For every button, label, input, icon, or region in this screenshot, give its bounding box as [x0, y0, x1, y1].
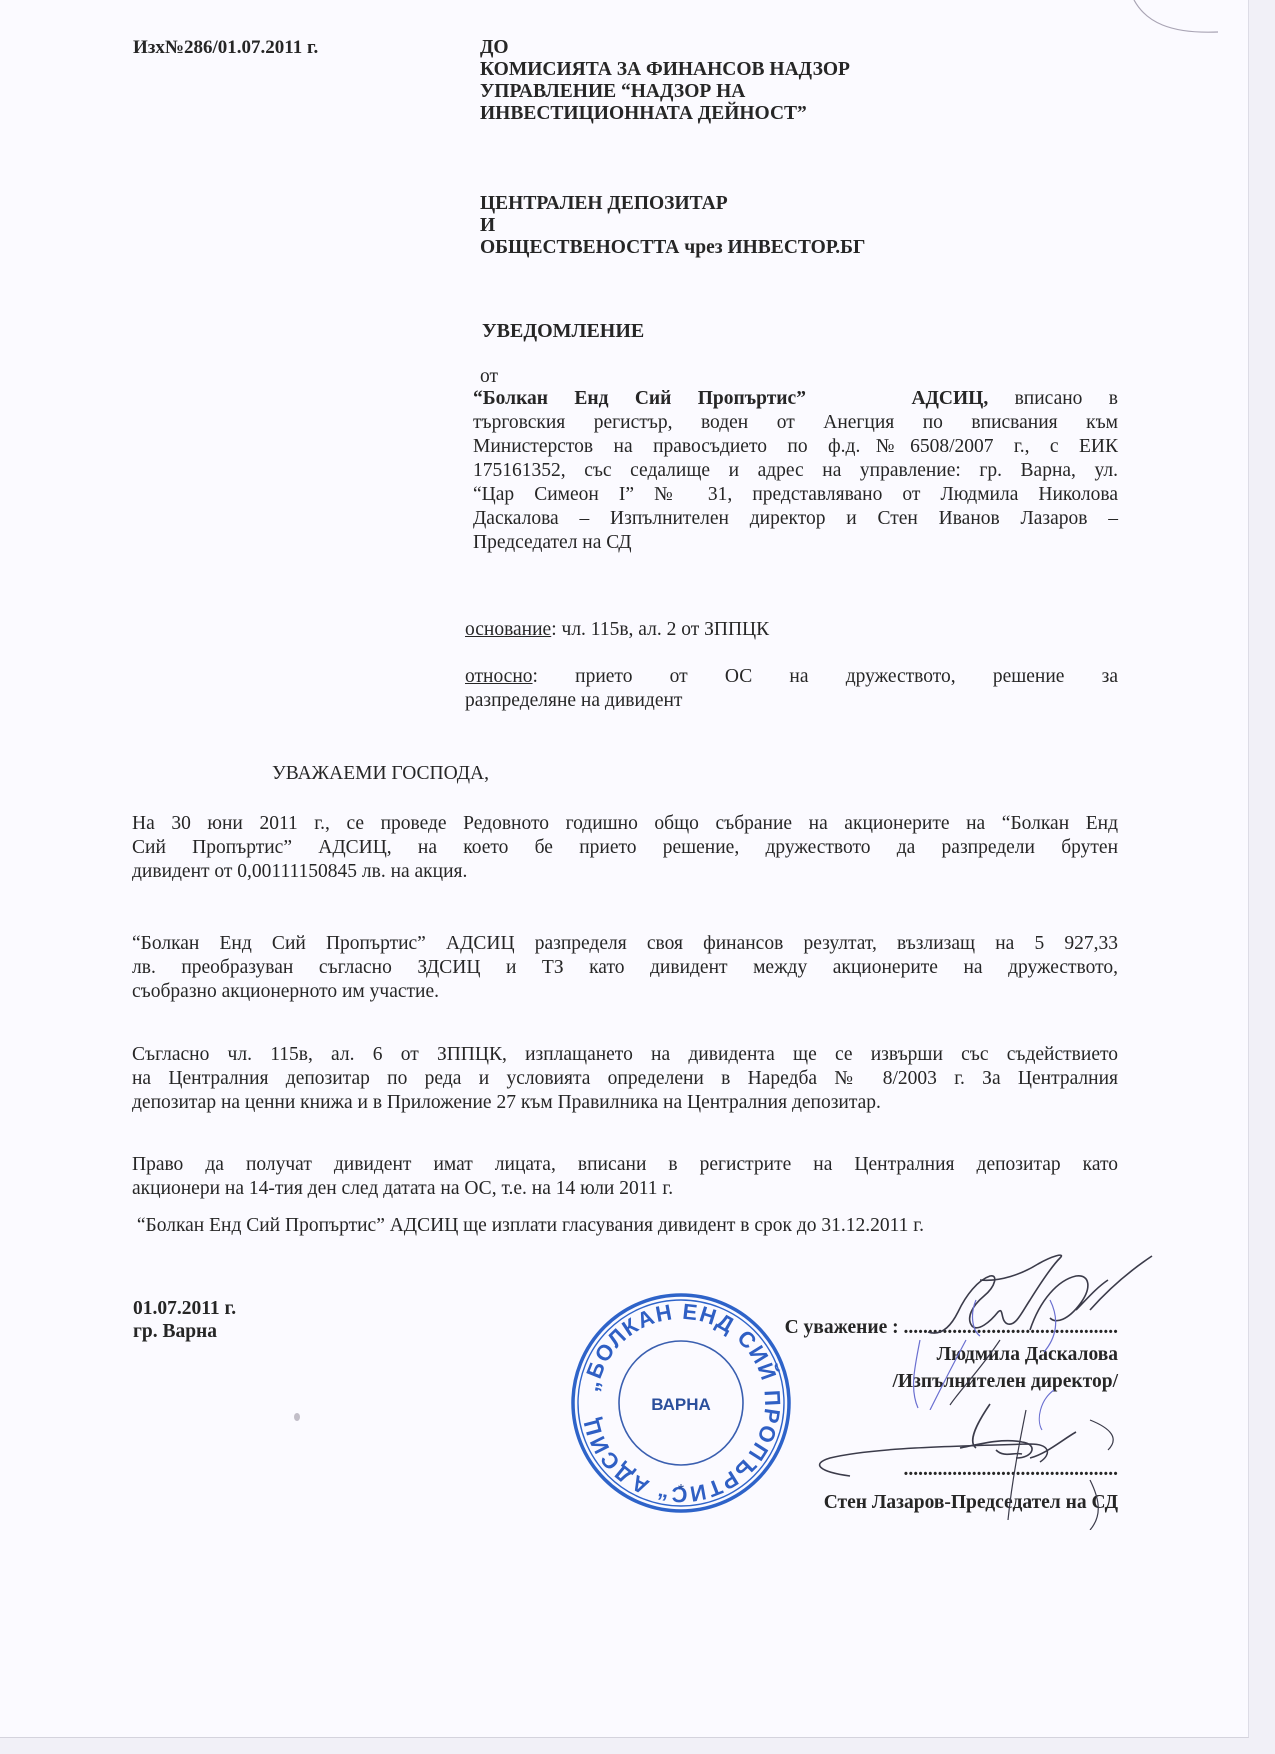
basis: основание: чл. 115в, ал. 2 от ЗППЦК: [465, 618, 769, 642]
recipient-block: ДО КОМИСИЯТА ЗА ФИНАНСОВ НАДЗОР УПРАВЛЕН…: [480, 37, 850, 125]
salutation: УВАЖАЕМИ ГОСПОДА,: [272, 762, 489, 786]
recipient-public: ОБЩЕСТВЕНОСТТА: [480, 237, 679, 258]
paragraph-line: на Централния депозитар по реда и услови…: [132, 1067, 1118, 1091]
notice-from-label: от: [480, 365, 498, 389]
issuer-line: търговския регистър, воден от Анегция по…: [473, 411, 1118, 435]
notice-title: УВЕДОМЛЕНИЕ: [482, 320, 644, 342]
paragraph-2: “Болкан Енд Сий Пропъртис” АДСИЦ разпред…: [132, 932, 1118, 1004]
paragraph-line: “Болкан Енд Сий Пропъртис” АДСИЦ разпред…: [132, 932, 1118, 956]
recipient-line: УПРАВЛЕНИЕ “НАДЗОР НА: [480, 81, 850, 103]
paragraph-5: “Болкан Енд Сий Пропъртис” АДСИЦ ще изпл…: [132, 1214, 924, 1238]
paragraph-line: лв. преобразуван съгласно ЗДСИЦ и ТЗ кат…: [132, 956, 1118, 980]
outgoing-number: Изх№286/01.07.2011 г.: [133, 37, 318, 59]
recipient-line: КОМИСИЯТА ЗА ФИНАНСОВ НАДЗОР: [480, 59, 850, 81]
company-type: АДСИЦ,: [911, 388, 988, 409]
paragraph-line: На 30 юни 2011 г., се проведе Редовното …: [132, 812, 1118, 836]
paragraph-4: Право да получат дивидент имат лицата, в…: [132, 1153, 1118, 1201]
paragraph-line: Право да получат дивидент имат лицата, в…: [132, 1153, 1118, 1177]
issuer-line: Председател на СД: [473, 531, 1118, 555]
company-name: “Болкан Енд Сий Пропъртис”: [473, 388, 806, 409]
recipient-block-2: ЦЕНТРАЛЕН ДЕПОЗИТАР И ОБЩЕСТВЕНОСТТА чре…: [480, 193, 865, 259]
footer-date-city: 01.07.2011 г. гр. Варна: [133, 1297, 236, 1343]
basis-label: основание: [465, 619, 551, 640]
recipient-to: ДО: [480, 37, 850, 59]
regarding-line: относно: прието от ОС на дружеството, ре…: [465, 665, 1118, 689]
paragraph-line: Съгласно чл. 115в, ал. 6 от ЗППЦК, изпла…: [132, 1043, 1118, 1067]
scan-artifact-curl: [1120, 0, 1230, 40]
paragraph-3: Съгласно чл. 115в, ал. 6 от ЗППЦК, изпла…: [132, 1043, 1118, 1115]
regarding-label: относно: [465, 666, 533, 687]
stamp-center-text: ВАРНА: [651, 1395, 711, 1414]
paragraph-line: депозитар на ценни книжа и в Приложение …: [132, 1091, 1118, 1115]
basis-text: : чл. 115в, ал. 2 от ЗППЦК: [551, 619, 769, 640]
regarding: относно: прието от ОС на дружеството, ре…: [465, 665, 1118, 713]
signature-lazarov: [790, 1380, 1150, 1530]
paragraph-line: Сий Пропъртис” АДСИЦ, на което бе прието…: [132, 836, 1118, 860]
issuer-line: Даскалова – Изпълнителен директор и Стен…: [473, 507, 1118, 531]
paragraph-line: акционери на 14-тия ден след датата на О…: [132, 1177, 1118, 1201]
regarding-line: разпределяне на дивидент: [465, 689, 1118, 713]
paragraph-line: дивидент от 0,00111150845 лв. на акция.: [132, 860, 1118, 884]
recipient-via: чрез: [679, 237, 727, 258]
issuer-line: “Болкан Енд Сий Пропъртис” АДСИЦ, вписан…: [473, 387, 1118, 411]
recipient-line: И: [480, 215, 865, 237]
issuer-text: вписано в: [988, 388, 1118, 409]
paragraph-1: На 30 юни 2011 г., се проведе Редовното …: [132, 812, 1118, 884]
scan-speck: [294, 1413, 300, 1421]
recipient-line: ИНВЕСТИЦИОННАТА ДЕЙНОСТ”: [480, 103, 850, 125]
recipient-line: ЦЕНТРАЛЕН ДЕПОЗИТАР: [480, 193, 865, 215]
stamp-star: *: [678, 1482, 684, 1499]
issuer-line: 175161352, със седалище и адрес на управ…: [473, 459, 1118, 483]
footer-date: 01.07.2011 г.: [133, 1297, 236, 1320]
paragraph-line: съобразно акционерното им участие.: [132, 980, 1118, 1004]
footer-city: гр. Варна: [133, 1320, 236, 1343]
issuer-block: “Болкан Енд Сий Пропъртис” АДСИЦ, вписан…: [473, 387, 1118, 555]
recipient-line-public: ОБЩЕСТВЕНОСТТА чрез ИНВЕСТОР.БГ: [480, 237, 865, 259]
company-stamp: „БОЛКАН ЕНД СИЙ ПРОПЪРТИС“ АДСИЦ ВАРНА *: [568, 1290, 794, 1516]
regarding-text: : прието от ОС на дружеството, решение з…: [533, 666, 1118, 687]
issuer-line: “Цар Симеон I” № 31, представлявано от Л…: [473, 483, 1118, 507]
issuer-line: Министерстов на правосъдието по ф.д.№650…: [473, 435, 1118, 459]
document-page: Изх№286/01.07.2011 г. ДО КОМИСИЯТА ЗА ФИ…: [0, 0, 1249, 1738]
recipient-investor-bg: ИНВЕСТОР.БГ: [727, 237, 865, 258]
